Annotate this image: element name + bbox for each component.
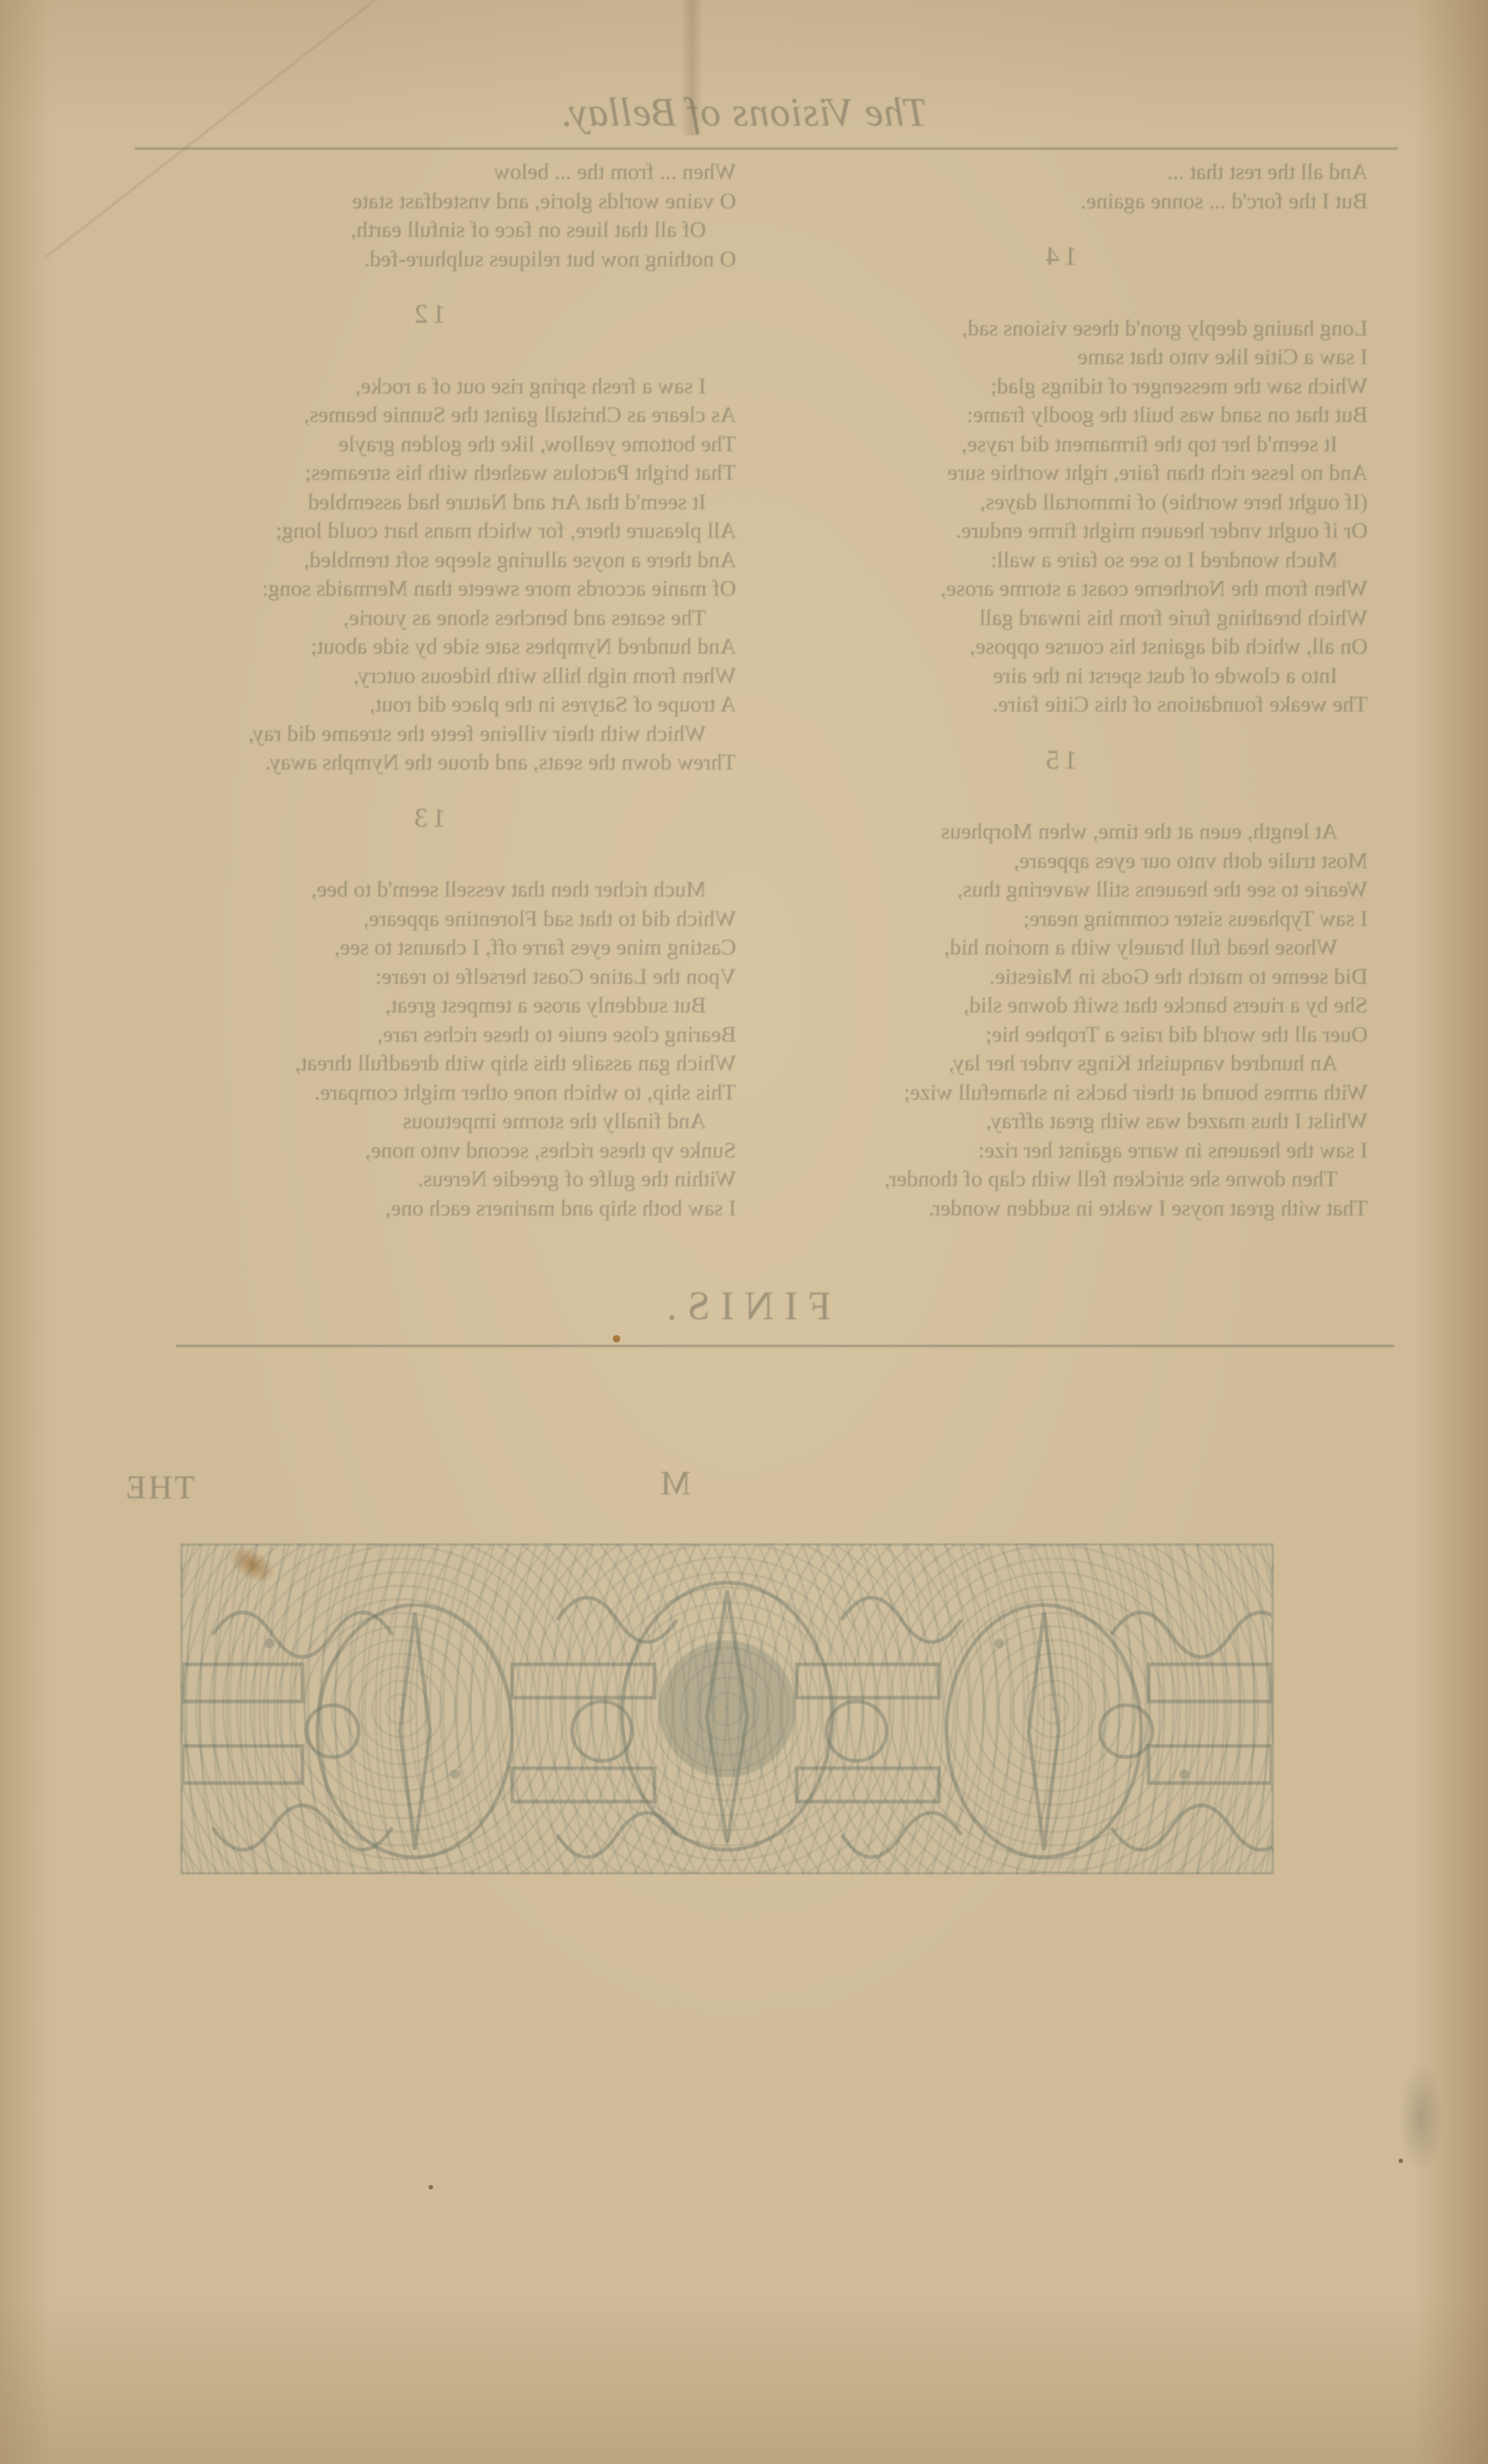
verse-line: But suddenly arose a tempest great,	[120, 991, 736, 1021]
paper-speck	[613, 1335, 620, 1343]
verse-line: Into a clowde of dust sperst in the aire	[751, 662, 1368, 691]
stanza-number: 14	[751, 241, 1368, 271]
verse-line: Ouer all the world did raise a Trophee h…	[751, 1021, 1368, 1050]
verse-line: Of manie accords more sweete than Mermai…	[120, 575, 736, 604]
verse-line: Which breathing furie from his inward ga…	[751, 604, 1368, 633]
verse-line: With armes bound at their backs in shame…	[751, 1079, 1368, 1108]
verse-line: I saw the heauens in warre against her r…	[751, 1136, 1368, 1166]
edge-smudge	[1399, 2061, 1444, 2174]
verse-line: The bottome yeallow, like the golden gra…	[120, 430, 736, 460]
verse-line: This ship, to which none other might com…	[120, 1079, 736, 1108]
verse-line: The weake foundations of this Citie fair…	[751, 690, 1368, 720]
running-head: The Visions of Bellay.	[503, 89, 984, 135]
verse-line: Whilst I thus mazed was with great affra…	[751, 1107, 1368, 1136]
verse-line: Which did to that sad Florentine appeare…	[120, 905, 736, 934]
signature-mark: M	[660, 1463, 691, 1503]
verse-line: Whose head full brauely with a morion hi…	[751, 933, 1368, 963]
verse-line: It seem'd her top the firmament did rays…	[751, 430, 1368, 460]
verse-line: Or if ought vnder heauen might firme end…	[751, 517, 1368, 546]
verse-line: Then downe she stricken fell with clap o…	[751, 1165, 1368, 1194]
verse-line: O vaine worlds glorie, and vnstedfast st…	[120, 187, 736, 217]
verse-line: Which with their villeine feete the stre…	[120, 720, 736, 749]
verse-line: I saw a fresh spring rise out of a rocke…	[120, 372, 736, 402]
stanza: Much richer then that vessell seem'd to …	[120, 875, 736, 1223]
verse-line: Which saw the messenger of tidings glad;	[751, 372, 1368, 402]
verse-line: Vpon the Latine Coast herselfe to reare:	[120, 963, 736, 992]
verse-line: O nothing now but reliques sulphure-fed.	[120, 245, 736, 275]
verse-line: At length, euen at the time, when Morphe…	[751, 818, 1368, 847]
arabesque-scroll-icon	[183, 1546, 1271, 1872]
verse-line: And there a noyse alluring sleepe soft t…	[120, 546, 736, 575]
verse-line: Which gan assaile this ship with dreadfu…	[120, 1049, 736, 1079]
verse-line: A troupe of Satyres in the place did rou…	[120, 690, 736, 720]
woodcut-ornament	[180, 1543, 1274, 1874]
verse-line: When from nigh hills with hideous outcry…	[120, 662, 736, 691]
verse-line: That bright Pactolus washeth with his st…	[120, 459, 736, 488]
header-rule	[135, 147, 1398, 150]
verse-line: And no lesse rich than faire, right wort…	[751, 459, 1368, 488]
verse-line: But I the forc'd ... sonne againe.	[751, 187, 1368, 217]
verse-line: Casting mine eyes farre off, I chaunst t…	[120, 933, 736, 963]
verse-line: It seem'd that Art and Nature had assemb…	[120, 488, 736, 517]
show-through-layer: The Visions of Bellay. And all the rest …	[0, 0, 1488, 2464]
verse-line: Most trulie doth vnto our eyes appeare,	[751, 847, 1368, 876]
verse-line: Did seeme to match the Gods in Maiestie.	[751, 963, 1368, 992]
verse-line: The seates and benches shone as yuorie,	[120, 604, 736, 633]
verse-line: (If ought here worthie) of immortall day…	[751, 488, 1368, 517]
verse-line: And finally the storme impetuous	[120, 1107, 736, 1136]
verse-line: When ... from the ... below	[120, 158, 736, 187]
stanza: I saw a fresh spring rise out of a rocke…	[120, 372, 736, 778]
verse-line: Of all that liues on face of sinfull ear…	[120, 216, 736, 245]
paper-speck	[429, 2185, 433, 2189]
verse-line: Sunke vp these riches, second vnto none,	[120, 1136, 736, 1166]
verse-line: Much richer then that vessell seem'd to …	[120, 875, 736, 905]
reverse-right-column: When ... from the ... below O vaine worl…	[120, 158, 736, 1223]
verse-line: Long hauing deeply gron'd these visions …	[751, 314, 1368, 344]
verse-line: Within the gulfe of greedie Nereus.	[120, 1165, 736, 1194]
verse-line: On all, which did against his course opp…	[751, 633, 1368, 662]
verse-line: And hundred Nymphes sate side by side ab…	[120, 633, 736, 662]
footer-rule	[176, 1345, 1394, 1347]
verse-line: When from the Northerne coast a storme a…	[751, 575, 1368, 604]
catchword: THE	[123, 1468, 195, 1507]
stanza-number: 13	[120, 803, 736, 833]
verse-line: And all the rest that ...	[751, 158, 1368, 187]
verse-line: I saw Typhaeus sister comming neare;	[751, 905, 1368, 934]
stanza: At length, euen at the time, when Morphe…	[751, 818, 1368, 1223]
verse-line: All pleasure there, for which mans hart …	[120, 517, 736, 546]
verse-line: I saw a Citie like vnto that same	[751, 343, 1368, 372]
verse-line: I saw both ship and mariners each one,	[120, 1194, 736, 1224]
verse-line: Threw down the seats, and droue the Nymp…	[120, 748, 736, 778]
stanza-number: 12	[120, 299, 736, 329]
verse-line: But that on sand was built the goodly fr…	[751, 401, 1368, 430]
verse-line: Bearing close enuie to these riches rare…	[120, 1021, 736, 1050]
reverse-left-column: And all the rest that ... But I the forc…	[751, 158, 1368, 1223]
verse-line: An hundred vanquisht Kings vnder her lay…	[751, 1049, 1368, 1079]
verse-line: As cleare as Christall gainst the Sunnie…	[120, 401, 736, 430]
verse-line: That with great noyse I wakte in sudden …	[751, 1194, 1368, 1224]
verse-line: Much wondred I to see so faire a wall:	[751, 546, 1368, 575]
finis-mark: FINIS.	[586, 1282, 902, 1329]
stanza: Long hauing deeply gron'd these visions …	[751, 314, 1368, 720]
verse-line: She by a riuers bancke that swift downe …	[751, 991, 1368, 1021]
verse-line: Wearie to see the heauens still wavering…	[751, 875, 1368, 905]
paper-speck	[1399, 2159, 1403, 2163]
stanza-number: 15	[751, 745, 1368, 775]
